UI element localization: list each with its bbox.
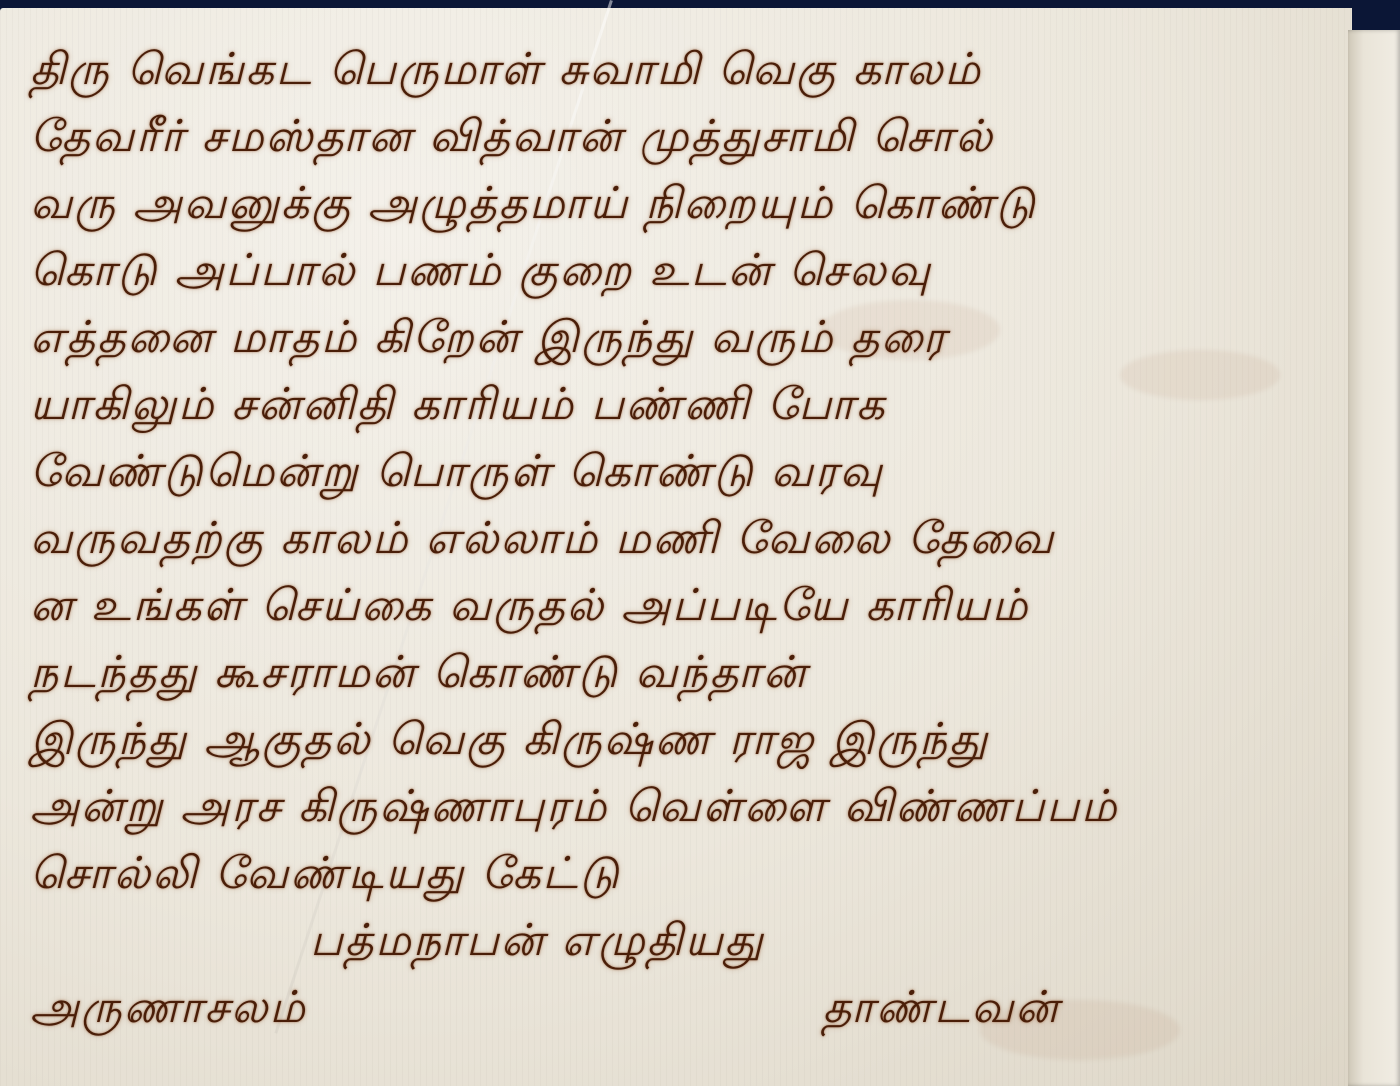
signature-row: அருணாசலம் தாண்டவன் bbox=[30, 974, 1330, 1041]
text-line: சொல்லி வேண்டியது கேட்டு bbox=[30, 840, 1330, 907]
text-line: வருவதற்கு காலம் எல்லாம் மணி வேலை தேவை bbox=[30, 505, 1330, 572]
text-line: தேவரீர் சமஸ்தான வித்வான் முத்துசாமி சொல் bbox=[30, 103, 1330, 170]
signature-left: அருணாசலம் bbox=[30, 974, 307, 1041]
text-line: யாகிலும் சன்னிதி காரியம் பண்ணி போக bbox=[30, 371, 1330, 438]
manuscript-photo: திரு வெங்கட பெருமாள் சுவாமி வெகு காலம் த… bbox=[0, 0, 1400, 1086]
closing-line: பத்மநாபன் எழுதியது bbox=[30, 907, 1330, 974]
text-line: எத்தனை மாதம் கிறேன் இருந்து வரும் தரை bbox=[30, 304, 1330, 371]
text-line: வேண்டுமென்று பொருள் கொண்டு வரவு bbox=[30, 438, 1330, 505]
text-line: ன உங்கள் செய்கை வருதல் அப்படியே காரியம் bbox=[30, 572, 1330, 639]
text-line: திரு வெங்கட பெருமாள் சுவாமி வெகு காலம் bbox=[30, 36, 1330, 103]
paper-fold-edge bbox=[1348, 30, 1400, 1086]
signature-right: தாண்டவன் bbox=[823, 974, 1060, 1041]
handwritten-text: திரு வெங்கட பெருமாள் சுவாமி வெகு காலம் த… bbox=[30, 36, 1330, 1041]
text-line: வரு அவனுக்கு அழுத்தமாய் நிறையும் கொண்டு bbox=[30, 170, 1330, 237]
text-line: அன்று அரச கிருஷ்ணாபுரம் வெள்ளை விண்ணப்பம… bbox=[30, 773, 1330, 840]
text-line: இருந்து ஆகுதல் வெகு கிருஷ்ண ராஜ இருந்து bbox=[30, 706, 1330, 773]
text-line: நடந்தது கூசராமன் கொண்டு வந்தான் bbox=[30, 639, 1330, 706]
text-line: கொடு அப்பால் பணம் குறை உடன் செலவு bbox=[30, 237, 1330, 304]
